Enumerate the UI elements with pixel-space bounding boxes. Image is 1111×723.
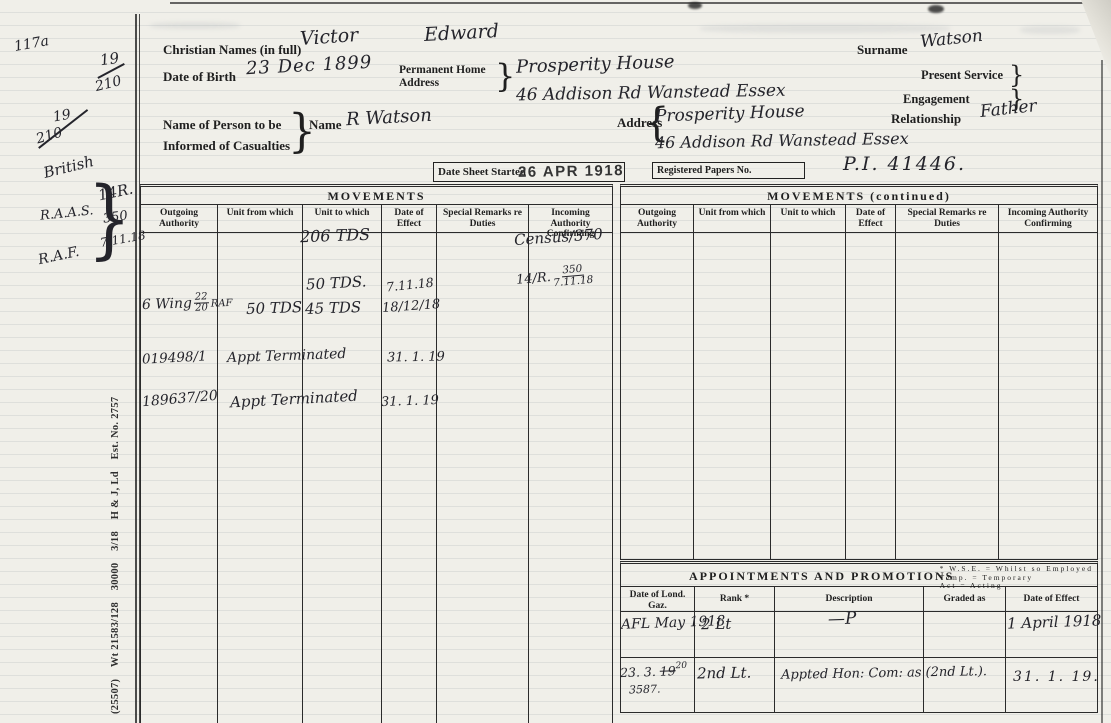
margin-note: R.A.F. [37,244,81,268]
cell-date-of-effect [1006,658,1097,712]
date-sheet-started-label: Date Sheet Started [438,166,526,178]
column-header: Incoming Authority Confirming [999,205,1097,232]
casualty-address-line2: 46 Addison Rd Wanstead Essex [655,129,909,152]
appointment-date-of-effect: 31. 1. 19. [1013,669,1100,685]
casualties-label: Name of Person to be Informed of Casualt… [163,114,290,156]
movements-continued-body [621,233,1097,559]
incoming-authority-prefix: 14/R. [515,270,551,288]
appointments-title: APPOINTMENTS AND PROMOTIONS [689,566,954,584]
permanent-home-label-line1: Permanent Home [399,64,486,77]
outgoing-authority-suffix: RAF [211,298,233,310]
ink-blot [688,2,702,9]
casualties-label-line2: Informed of Casualties [163,135,290,156]
movement-date-of-effect: 31. 1. 19 [381,393,439,410]
scanned-service-record-page: 117a 19 210 19 210 British 14R. } R.A.A.… [0,0,1111,723]
permanent-home-label-line2: Address [399,77,486,90]
column-header: Unit from which [694,205,771,232]
bleedthrough-smudge [150,22,240,29]
movements-title: MOVEMENTS [141,187,612,205]
column-incoming-authority [999,233,1097,559]
gazette-date-correction: 20 [675,661,687,671]
name-label: Name [309,117,342,133]
form-left-rule-outer [135,14,137,723]
page-corner-curl [1081,0,1111,78]
appointment-rank: 2 Lt [701,615,732,634]
column-header: Graded as [924,587,1006,611]
column-header: Date of Lond. Gaz. [621,587,695,611]
bleedthrough-smudge [1020,26,1080,34]
surname-label: Surname [857,42,908,58]
column-header: Outgoing Authority [141,205,218,232]
outgoing-authority-prefix: 6 Wing [142,295,192,313]
registered-papers-label: Registered Papers No. [657,165,752,176]
column-header: Date of Effect [382,205,437,232]
appointments-header-row: Date of Lond. Gaz. Rank * Description Gr… [621,587,1097,612]
bleedthrough-smudge [700,24,950,33]
date-sheet-started-stamp: 26 APR 1918 [518,162,624,181]
gazette-number: 3587. [629,682,661,696]
ink-blot [928,5,944,13]
column-header: Unit from which [218,205,303,232]
legend-line: Act = Acting [940,582,1093,591]
christian-name-first: Victor [299,24,359,50]
relationship-label: Relationship [891,111,961,127]
column-outgoing-authority [621,233,694,559]
present-service-label: Present Service [921,68,1003,83]
movement-unit-to: 50 TDS. [306,272,367,293]
appointments-title-row: APPOINTMENTS AND PROMOTIONS * W.S.E. = W… [621,564,1097,587]
permanent-home-brace: } [495,60,515,92]
movements-continued-title: MOVEMENTS (continued) [621,187,1097,205]
column-header: Rank * [695,587,775,611]
column-special-remarks [896,233,999,559]
margin-note: R.A.A.S. [39,203,94,224]
home-address-line1: Prosperity House [516,51,675,78]
movements-table: MOVEMENTS Outgoing Authority Unit from w… [140,184,613,723]
column-header: Unit to which [771,205,846,232]
appointment-date-of-effect: 1 April 1918 [1007,611,1102,632]
printers-imprint: (25507) Wt 21583/128 30000 3/18 H & J, L… [110,397,121,714]
date-of-birth-label: Date of Birth [163,69,236,85]
casualty-address-line1: Prosperity House [655,101,805,126]
column-header: Special Remarks re Duties [437,205,529,232]
appointment-rank: 2nd Lt. [697,664,752,683]
gazette-date-main: 23. 3. [620,664,656,680]
present-service-brace: } [1009,63,1024,87]
column-header: Special Remarks re Duties [896,205,999,232]
column-header: Description [775,587,924,611]
column-incoming-authority [529,233,612,723]
appointment-description: —P [828,609,857,630]
column-header: Date of Effect [846,205,896,232]
movement-outgoing-authority: 019498/1 [142,348,207,367]
outgoing-authority-denominator: 20 [195,303,208,313]
relationship-value: Father [979,96,1038,122]
movement-unit-to: 45 TDS [305,298,362,318]
christian-name-middle: Edward [423,20,499,46]
movement-unit-from: 50 TDS [246,298,303,318]
casualty-contact-name: R Watson [346,105,433,130]
column-unit-from [694,233,771,559]
registered-papers-value: P.I. 41446. [843,153,966,175]
appointments-legend: * W.S.E. = Whilst so Employed Temp. = Te… [940,565,1093,591]
movements-continued-table: MOVEMENTS (continued) Outgoing Authority… [620,184,1098,560]
appointments-table: APPOINTMENTS AND PROMOTIONS * W.S.E. = W… [620,561,1098,713]
movement-unit-to: 206 TDS [300,225,371,246]
column-header: Outgoing Authority [621,205,694,232]
appointment-gazette-date: 23. 3. 1920 [620,661,688,680]
page-top-edge [170,2,1111,4]
column-header: Date of Effect [1006,587,1097,611]
gazette-date-struck: 19 [660,663,676,679]
engagement-label: Engagement [903,92,970,107]
casualties-label-line1: Name of Person to be [163,114,290,135]
movements-continued-header-row: Outgoing Authority Unit from which Unit … [621,205,1097,233]
movement-date-of-effect: 31. 1. 19 [387,349,445,365]
column-special-remarks [437,233,529,723]
column-unit-to [771,233,846,559]
margin-note: 210 [34,125,64,148]
permanent-home-label: Permanent Home Address [399,64,486,89]
cell-graded-as [924,612,1006,657]
margin-note: 117a [13,33,50,55]
column-date-of-effect [846,233,896,559]
movement-outgoing-authority: 6 Wing2220RAF [142,291,233,315]
